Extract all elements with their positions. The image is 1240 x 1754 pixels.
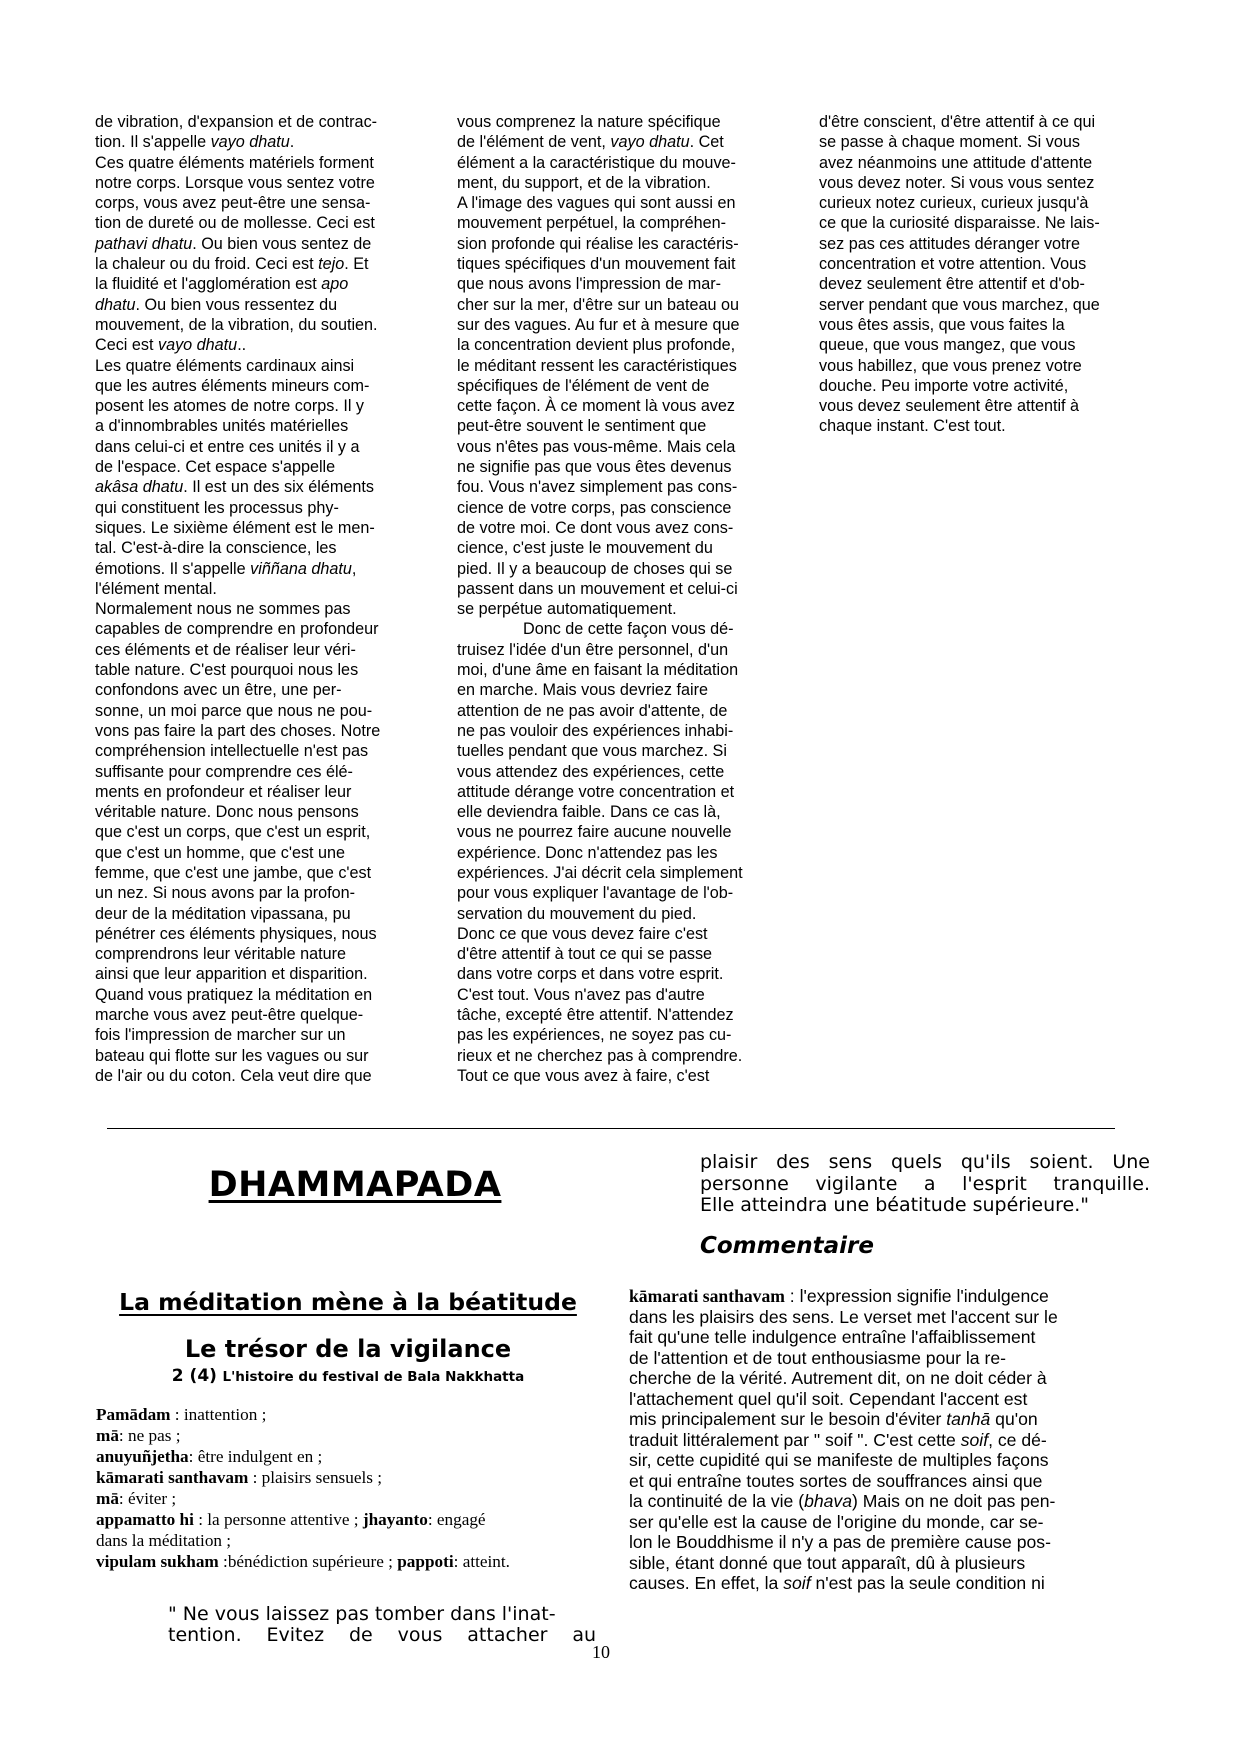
- article-line: elle deviendra faible. Dans ce cas là,: [457, 802, 743, 822]
- article-line: concentration et votre attention. Vous: [819, 254, 1100, 274]
- article-line: tâche, excepté être attentif. N'attendez: [457, 1005, 743, 1025]
- story-subtitle-text: L'histoire du festival de Bala Nakkhatta: [223, 1369, 525, 1385]
- pali-term: dhatu: [95, 296, 136, 314]
- dhammapada-title: DHAMMAPADA: [200, 1165, 510, 1205]
- page-number: 10: [592, 1642, 610, 1663]
- article-line: siques. Le sixième élément est le men-: [95, 518, 380, 538]
- article-line: devez seulement être attentif et d'ob-: [819, 274, 1100, 294]
- commentary-body: kāmarati santhavam : l'expression signif…: [629, 1286, 1149, 1594]
- glossary: Pamādam : inattention ;mā: ne pas ; anuy…: [96, 1404, 606, 1572]
- article-line: de vibration, d'expansion et de contrac-: [95, 112, 380, 132]
- article-line: Ces quatre éléments matériels forment: [95, 153, 380, 173]
- article-line: pied. Il y a beaucoup de choses qui se: [457, 559, 743, 579]
- article-line: sur des vagues. Au fur et à mesure que: [457, 315, 743, 335]
- article-line: tal. C'est-à-dire la conscience, les: [95, 538, 380, 558]
- glossary-entry: appamatto hi : la personne attentive ; j…: [96, 1509, 606, 1530]
- article-line: vous devez noter. Si vous vous sentez: [819, 173, 1100, 193]
- article-line: queue, que vous mangez, que vous: [819, 335, 1100, 355]
- article-line: dhatu. Ou bien vous ressentez du: [95, 295, 380, 315]
- article-line: que nous avons l'impression de mar-: [457, 274, 743, 294]
- commentary-line: traduit littéralement par " soif ". C'es…: [629, 1430, 1149, 1451]
- article-line: la chaleur ou du froid. Ceci est tejo. E…: [95, 254, 380, 274]
- article-line: qui constituent les processus phy-: [95, 498, 380, 518]
- article-line: que c'est un corps, que c'est un esprit,: [95, 822, 380, 842]
- article-line: Quand vous pratiquez la méditation en: [95, 985, 380, 1005]
- article-line: tuelles pendant que vous marchez. Si: [457, 741, 743, 761]
- article-line: de votre moi. Ce dont vous avez cons-: [457, 518, 743, 538]
- glossary-term: jhayanto: [363, 1510, 428, 1529]
- article-line: d'être attentif à tout ce qui se passe: [457, 944, 743, 964]
- article-line: pathavi dhatu. Ou bien vous sentez de: [95, 234, 380, 254]
- commentary-line: lon le Bouddhisme il n'y a pas de premiè…: [629, 1532, 1149, 1553]
- story-subtitle: 2 (4) L'histoire du festival de Bala Nak…: [98, 1366, 598, 1386]
- article-line: ces éléments et de réaliser leur véri-: [95, 640, 380, 660]
- commentary-line: dans les plaisirs des sens. Le verset me…: [629, 1307, 1149, 1328]
- article-line: suffisante pour comprendre ces élé-: [95, 762, 380, 782]
- commentary-heading: Commentaire: [700, 1233, 874, 1259]
- article-line: moi, d'une âme en faisant la méditation: [457, 660, 743, 680]
- article-line: spécifiques de l'élément de vent de: [457, 376, 743, 396]
- article-line: ainsi que leur apparition et disparition…: [95, 964, 380, 984]
- commentary-line: fait qu'une telle indulgence entraîne l'…: [629, 1327, 1149, 1348]
- article-line: expériences. J'ai décrit cela simplement: [457, 863, 743, 883]
- glossary-entry: dans la méditation ;: [96, 1530, 606, 1551]
- commentary-line: cherche de la vérité. Autrement dit, on …: [629, 1368, 1149, 1389]
- article-line: servation du mouvement du pied.: [457, 904, 743, 924]
- commentary-line: mis principalement sur le besoin d'évite…: [629, 1409, 1149, 1430]
- article-line: cher sur la mer, d'être sur un bateau ou: [457, 295, 743, 315]
- pali-term: tanhā: [946, 1409, 990, 1429]
- article-line: server pendant que vous marchez, que: [819, 295, 1100, 315]
- verse-line: personne vigilante a l'esprit tranquille…: [700, 1174, 1150, 1196]
- article-line: Donc ce que vous devez faire c'est: [457, 924, 743, 944]
- glossary-term: appamatto hi: [96, 1510, 194, 1529]
- article-line: cette façon. À ce moment là vous avez: [457, 396, 743, 416]
- article-line: d'être conscient, d'être attentif à ce q…: [819, 112, 1100, 132]
- article-line: vous attendez des expériences, cette: [457, 762, 743, 782]
- commentary-line: la continuité de la vie (bhava) Mais on …: [629, 1491, 1149, 1512]
- article-line: attention de ne pas avoir d'attente, de: [457, 701, 743, 721]
- article-line: la concentration devient plus profonde,: [457, 335, 743, 355]
- article-line: table nature. C'est pourquoi nous les: [95, 660, 380, 680]
- story-title: Le trésor de la vigilance: [98, 1335, 598, 1363]
- commentary-line: sible, étant donné que tout apparaît, dû…: [629, 1553, 1149, 1574]
- article-line: femme, que c'est une jambe, que c'est: [95, 863, 380, 883]
- article-line: émotions. Il s'appelle viññana dhatu,: [95, 559, 380, 579]
- article-line: cience, c'est juste le mouvement du: [457, 538, 743, 558]
- article-line: cience de votre corps, pas conscience: [457, 498, 743, 518]
- article-line: Les quatre éléments cardinaux ainsi: [95, 356, 380, 376]
- article-line: l'élément mental.: [95, 579, 380, 599]
- article-line: douche. Peu importe votre activité,: [819, 376, 1100, 396]
- glossary-term: kāmarati santhavam: [96, 1468, 248, 1487]
- article-line: vous ne pourrez faire aucune nouvelle: [457, 822, 743, 842]
- article-line: la fluidité et l'agglomération est apo: [95, 274, 380, 294]
- article-line: un nez. Si nous avons par la profon-: [95, 883, 380, 903]
- article-line: vous comprenez la nature spécifique: [457, 112, 743, 132]
- article-line: compréhension intellectuelle n'est pas: [95, 741, 380, 761]
- article-line: avez néanmoins une attitude d'attente: [819, 153, 1100, 173]
- verse-part-1: " Ne vous laissez pas tomber dans l'inat…: [168, 1604, 596, 1646]
- article-line: confondons avec un être, une per-: [95, 680, 380, 700]
- verse-line: tention. Evitez de vous attacher au: [168, 1625, 596, 1646]
- article-line: bateau qui flotte sur les vagues ou sur: [95, 1046, 380, 1066]
- verse-line: " Ne vous laissez pas tomber dans l'inat…: [168, 1604, 596, 1625]
- article-line: ment, du support, et de la vibration.: [457, 173, 743, 193]
- article-line: pas les expériences, ne soyez pas cu-: [457, 1025, 743, 1045]
- article-line: pénétrer ces éléments physiques, nous: [95, 924, 380, 944]
- article-line: tion de dureté ou de mollesse. Ceci est: [95, 213, 380, 233]
- commentary-line: de l'attention et de tout enthousiasme p…: [629, 1348, 1149, 1369]
- pali-term: soif: [961, 1430, 988, 1450]
- article-line: véritable nature. Donc nous pensons: [95, 802, 380, 822]
- pali-term: apo: [321, 275, 348, 293]
- article-line: corps, vous avez peut-être une sensa-: [95, 193, 380, 213]
- article-line: vons pas faire la part des choses. Notre: [95, 721, 380, 741]
- article-line: curieux notez curieux, curieux jusqu'à: [819, 193, 1100, 213]
- article-line: a d'innombrables unités matérielles: [95, 416, 380, 436]
- section-title: La méditation mène à la béatitude: [98, 1288, 598, 1316]
- article-line: tion. Il s'appelle vayo dhatu.: [95, 132, 380, 152]
- pali-term: pathavi dhatu: [95, 235, 192, 253]
- article-line: notre corps. Lorsque vous sentez votre: [95, 173, 380, 193]
- article-line: mouvement, de la vibration, du soutien.: [95, 315, 380, 335]
- pali-term: bhava: [804, 1491, 852, 1511]
- article-line: le méditant ressent les caractéristiques: [457, 356, 743, 376]
- commentary-line: l'attachement quel qu'il soit. Cependant…: [629, 1389, 1149, 1410]
- article-line: en marche. Mais vous devriez faire: [457, 680, 743, 700]
- glossary-term: pappoti: [397, 1552, 453, 1571]
- article-line: pour vous expliquer l'avantage de l'ob-: [457, 883, 743, 903]
- glossary-term: mā: [96, 1489, 119, 1508]
- article-line: vous êtes assis, que vous faites la: [819, 315, 1100, 335]
- pali-term: vayo dhatu: [610, 133, 689, 151]
- article-line: mouvement perpétuel, la compréhen-: [457, 213, 743, 233]
- article-column-2: vous comprenez la nature spécifiquede l'…: [457, 112, 743, 1086]
- article-line: C'est tout. Vous n'avez pas d'autre: [457, 985, 743, 1005]
- article-line: comprendrons leur véritable nature: [95, 944, 380, 964]
- pali-term: viññana dhatu: [250, 560, 352, 578]
- glossary-entry: vipulam sukham :bénédiction supérieure ;…: [96, 1551, 606, 1572]
- verse-line: plaisir des sens quels qu'ils soient. Un…: [700, 1152, 1150, 1174]
- article-line: rieux et ne cherchez pas à comprendre.: [457, 1046, 743, 1066]
- glossary-entry: kāmarati santhavam : plaisirs sensuels ;: [96, 1467, 606, 1488]
- article-line: de l'élément de vent, vayo dhatu. Cet: [457, 132, 743, 152]
- article-line: passent dans un mouvement et celui-ci: [457, 579, 743, 599]
- article-line: vous n'êtes pas vous-même. Mais cela: [457, 437, 743, 457]
- article-line: sez pas ces attitudes déranger votre: [819, 234, 1100, 254]
- article-line: sonne, un moi parce que nous ne pou-: [95, 701, 380, 721]
- article-line: dans votre corps et dans votre esprit.: [457, 964, 743, 984]
- glossary-entry: mā: ne pas ;: [96, 1425, 606, 1446]
- article-line: ne signifie pas que vous êtes devenus: [457, 457, 743, 477]
- article-line: Ceci est vayo dhatu..: [95, 335, 380, 355]
- article-line: expérience. Donc n'attendez pas les: [457, 843, 743, 863]
- article-line: Tout ce que vous avez à faire, c'est: [457, 1066, 743, 1086]
- article-column-3: d'être conscient, d'être attentif à ce q…: [819, 112, 1100, 437]
- article-line: fou. Vous n'avez simplement pas cons-: [457, 477, 743, 497]
- glossary-entry: anuyuñjetha: être indulgent en ;: [96, 1446, 606, 1467]
- article-line: vous devez seulement être attentif à: [819, 396, 1100, 416]
- article-line: Donc de cette façon vous dé-: [457, 619, 743, 639]
- pali-term: soif: [783, 1573, 810, 1593]
- article-line: sion profonde qui réalise les caractéris…: [457, 234, 743, 254]
- article-line: fois l'impression de marcher sur un: [95, 1025, 380, 1045]
- commentary-line: ser qu'elle est la cause de l'origine du…: [629, 1512, 1149, 1533]
- commentary-term: kāmarati santhavam: [629, 1286, 785, 1306]
- article-line: tiques spécifiques d'un mouvement fait: [457, 254, 743, 274]
- article-line: ce que la curiosité disparaisse. Ne lais…: [819, 213, 1100, 233]
- article-line: de l'espace. Cet espace s'appelle: [95, 457, 380, 477]
- article-line: peut-être souvent le sentiment que: [457, 416, 743, 436]
- commentary-line: kāmarati santhavam : l'expression signif…: [629, 1286, 1149, 1307]
- article-column-1: de vibration, d'expansion et de contrac-…: [95, 112, 380, 1086]
- article-line: A l'image des vagues qui sont aussi en: [457, 193, 743, 213]
- section-divider: [107, 1128, 1115, 1129]
- glossary-term: vipulam sukham: [96, 1552, 219, 1571]
- article-line: ne pas vouloir des expériences inhabi-: [457, 721, 743, 741]
- article-line: que c'est un homme, que c'est une: [95, 843, 380, 863]
- pali-term: vayo dhatu: [211, 133, 290, 151]
- article-line: dans celui-ci et entre ces unités il y a: [95, 437, 380, 457]
- article-line: que les autres éléments mineurs com-: [95, 376, 380, 396]
- glossary-term: anuyuñjetha: [96, 1447, 189, 1466]
- article-line: Normalement nous ne sommes pas: [95, 599, 380, 619]
- glossary-entry: mā: éviter ;: [96, 1488, 606, 1509]
- article-line: truisez l'idée d'un être personnel, d'un: [457, 640, 743, 660]
- verse-line: Elle atteindra une béatitude supérieure.…: [700, 1195, 1150, 1217]
- glossary-entry: Pamādam : inattention ;: [96, 1404, 606, 1425]
- article-line: deur de la méditation vipassana, pu: [95, 904, 380, 924]
- pali-term: tejo: [318, 255, 344, 273]
- glossary-term: Pamādam: [96, 1405, 170, 1424]
- article-line: élément a la caractéristique du mouve-: [457, 153, 743, 173]
- article-line: se passe à chaque moment. Si vous: [819, 132, 1100, 152]
- article-line: de l'air ou du coton. Cela veut dire que: [95, 1066, 380, 1086]
- pali-term: akâsa dhatu: [95, 478, 183, 496]
- article-line: se perpétue automatiquement.: [457, 599, 743, 619]
- article-line: akâsa dhatu. Il est un des six éléments: [95, 477, 380, 497]
- glossary-term: mā: [96, 1426, 119, 1445]
- article-line: attitude dérange votre concentration et: [457, 782, 743, 802]
- story-number: 2 (4): [172, 1366, 217, 1386]
- article-line: vous habillez, que vous prenez votre: [819, 356, 1100, 376]
- commentary-line: sir, cette cupidité qui se manifeste de …: [629, 1450, 1149, 1471]
- verse-part-2: plaisir des sens quels qu'ils soient. Un…: [700, 1152, 1150, 1217]
- article-line: posent les atomes de notre corps. Il y: [95, 396, 380, 416]
- commentary-line: causes. En effet, la soif n'est pas la s…: [629, 1573, 1149, 1594]
- pali-term: vayo dhatu: [158, 336, 237, 354]
- article-line: chaque instant. C'est tout.: [819, 416, 1100, 436]
- article-line: marche vous avez peut-être quelque-: [95, 1005, 380, 1025]
- commentary-line: et qui entraîne toutes sortes de souffra…: [629, 1471, 1149, 1492]
- article-line: capables de comprendre en profondeur: [95, 619, 380, 639]
- article-line: ments en profondeur et réaliser leur: [95, 782, 380, 802]
